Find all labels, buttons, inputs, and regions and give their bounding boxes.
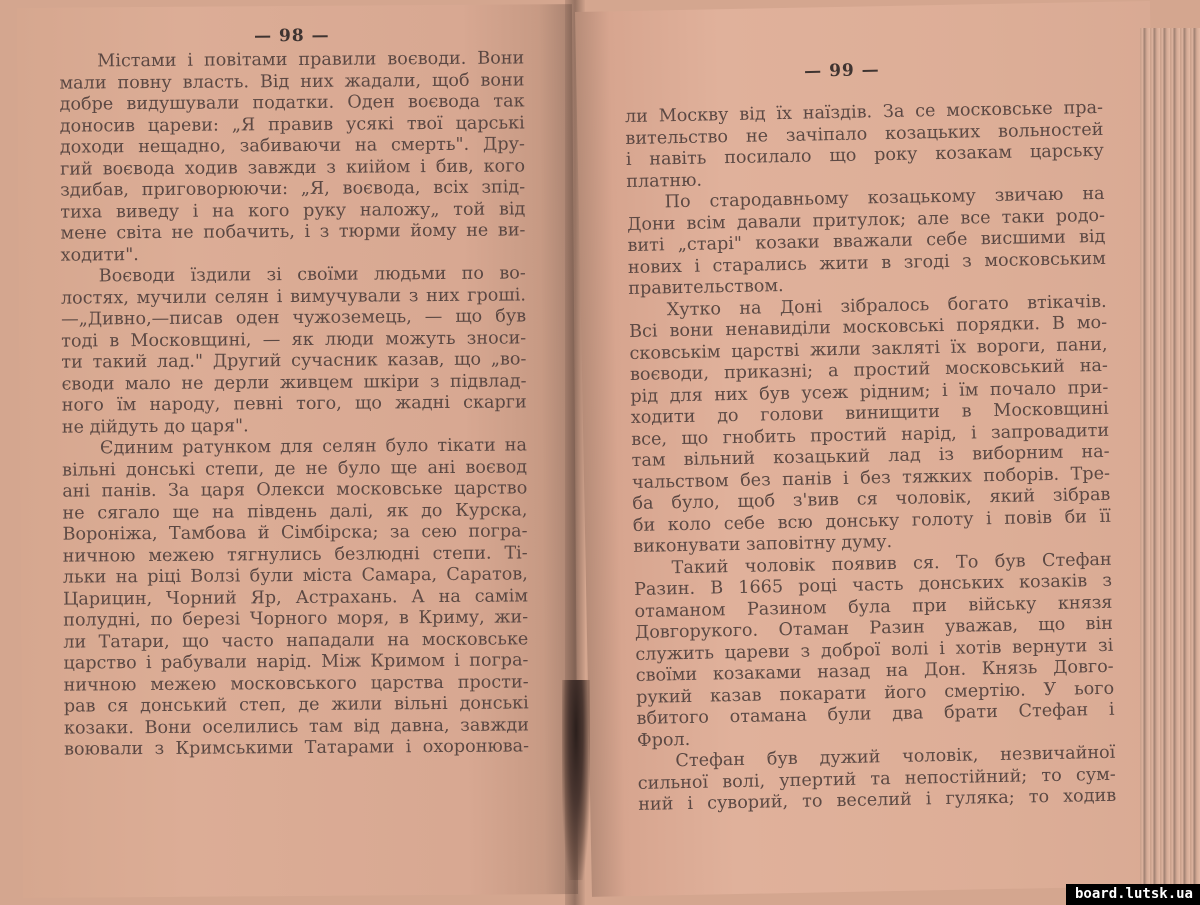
spine-burn-mark bbox=[562, 680, 590, 880]
text-line: Воєводи їздили зі своїми людьми по во- bbox=[61, 263, 526, 288]
text-line: мене світа не побачить, і з тюрми йому н… bbox=[60, 220, 525, 245]
text-line: ного їм народу, певні того, що жадні ска… bbox=[62, 392, 527, 417]
text-line: льки на ріці Волзі були міста Самара, Са… bbox=[63, 564, 528, 589]
page-number-99: — 99 — bbox=[804, 60, 880, 81]
text-line: ані панів. За царя Олекси московське цар… bbox=[62, 478, 527, 503]
text-line: рав ся донський степ, де жили вільні дон… bbox=[64, 693, 529, 718]
text-line: добре видушували податки. Оден воєвода т… bbox=[60, 91, 525, 116]
page-edges bbox=[1140, 28, 1200, 888]
left-page-text: Містами і повітами правили воєводи. Вони… bbox=[59, 48, 529, 761]
right-page-text: ли Москву від їх наїздів. За се московсь… bbox=[625, 98, 1117, 817]
right-page: — 99 — ли Москву від їх наїздів. За се м… bbox=[575, 1, 1167, 897]
text-line: здибав, приговорюючи: „Я, воєвода, всіх … bbox=[60, 177, 525, 202]
text-line: воювали з Кримськими Татарами і охоронюв… bbox=[64, 736, 529, 761]
text-line: ти такий лад." Другий сучасник казав, що… bbox=[61, 349, 526, 374]
text-line: царство і рабували нарід. Між Кримом і п… bbox=[63, 650, 528, 675]
text-line: Єдиним ратунком для селян було тікати на bbox=[62, 435, 527, 460]
text-line: Містами і повітами правили воєводи. Вони bbox=[59, 48, 524, 73]
text-line: полудні, по березі Чорного моря, в Криму… bbox=[63, 607, 528, 632]
book-spread: — 98 — Містами і повітами правили воєвод… bbox=[0, 0, 1200, 905]
left-page: — 98 — Містами і повітами правили воєвод… bbox=[17, 4, 578, 898]
text-line: доходи нещадно, забиваючи на смерть". Др… bbox=[60, 134, 525, 159]
text-line: Вороніжа, Тамбова й Сімбірска; за сею по… bbox=[63, 521, 528, 546]
text-line: —„Дивно,—писав оден чужоземець, — що був bbox=[61, 306, 526, 331]
watermark: board.lutsk.ua bbox=[1066, 884, 1200, 905]
page-number-98: — 98 — bbox=[254, 26, 330, 47]
